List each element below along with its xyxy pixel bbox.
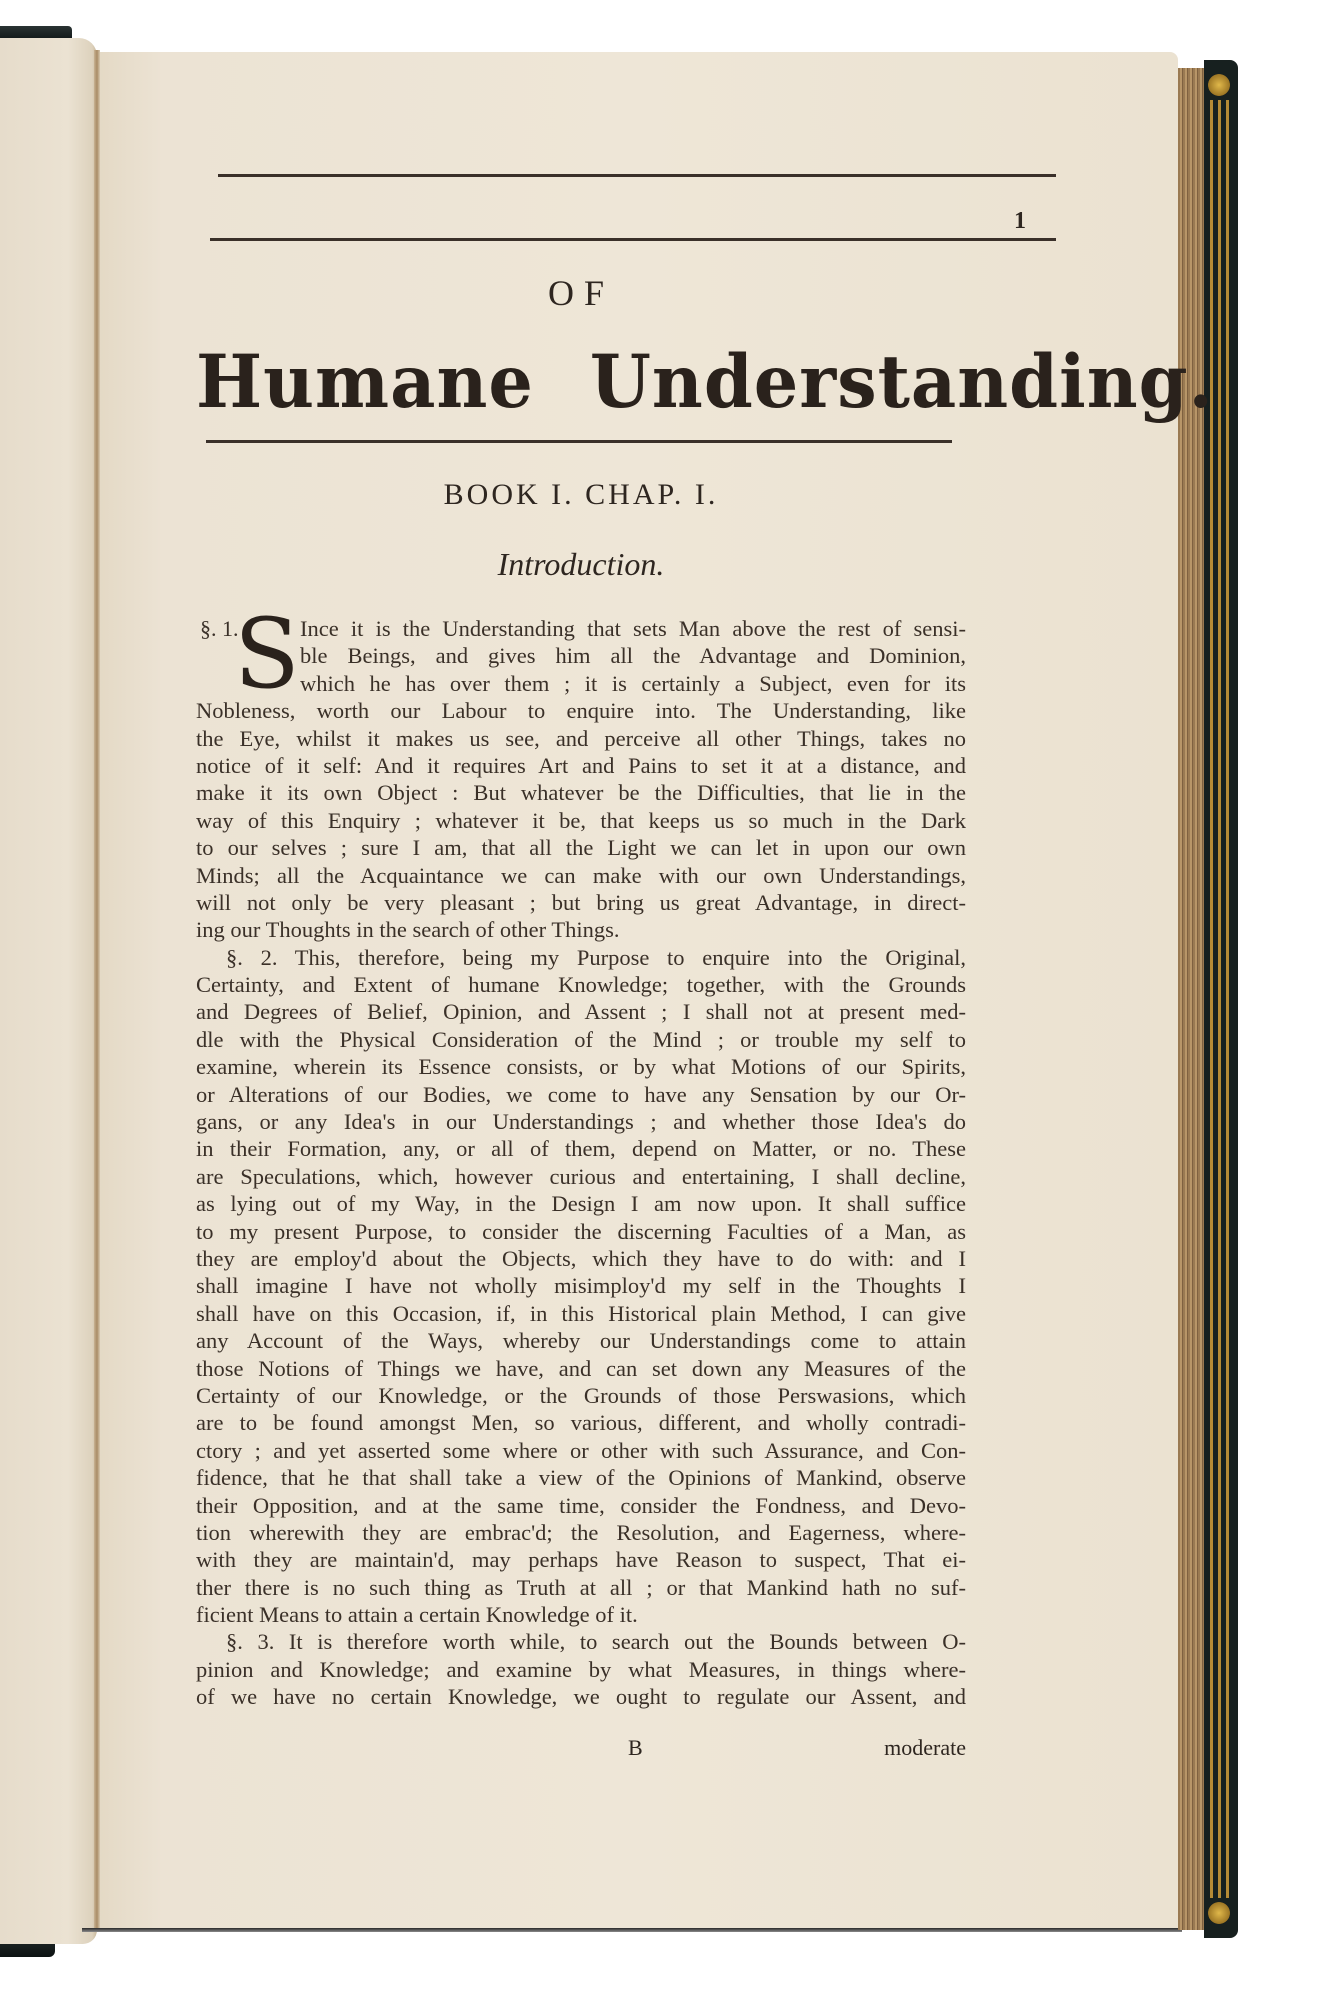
text-line: and Degrees of Belief, Opinion, and Asse…	[196, 998, 966, 1025]
book-title: HumaneUnderstanding.	[196, 338, 966, 425]
book-gutter	[94, 50, 100, 1930]
left-page	[0, 38, 97, 1944]
text-line: which he has over them ; it is certainly…	[196, 670, 966, 697]
text-line: §. 3. It is therefore worth while, to se…	[196, 1628, 966, 1655]
text-line: fidence, that he that shall take a view …	[196, 1464, 966, 1491]
text-line: ficient Means to attain a certain Knowle…	[196, 1601, 966, 1628]
gilt-corner-ornament	[1208, 74, 1230, 96]
text-line: they are employ'd about the Objects, whi…	[196, 1245, 966, 1272]
text-line: gans, or any Idea's in our Understanding…	[196, 1108, 966, 1135]
text-line: shall have on this Occasion, if, in this…	[196, 1300, 966, 1327]
text-line: are to be found amongst Men, so various,…	[196, 1409, 966, 1436]
text-line: Certainty, and Extent of humane Knowledg…	[196, 971, 966, 998]
section-2: §. 2. This, therefore, being my Purpose …	[196, 944, 966, 1629]
book-cover-bottom-edge	[0, 1943, 55, 1957]
text-line: any Account of the Ways, whereby our Und…	[196, 1327, 966, 1354]
text-line: tion wherewith they are embrac'd; the Re…	[196, 1519, 966, 1546]
text-line: ing our Thoughts in the search of other …	[196, 916, 966, 943]
title-of: OF	[196, 272, 966, 314]
page-stack-bottom	[82, 1928, 1182, 1932]
text-line: to our selves ; sure I am, that all the …	[196, 834, 966, 861]
catchword: moderate	[884, 1735, 966, 1761]
text-line: the Eye, whilst it makes us see, and per…	[196, 725, 966, 752]
text-line: as lying out of my Way, in the Design I …	[196, 1190, 966, 1217]
text-line: Ince it is the Understanding that sets M…	[196, 615, 966, 642]
page-footer: B moderate	[196, 1735, 966, 1763]
text-line: ctory ; and yet asserted some where or o…	[196, 1437, 966, 1464]
text-line: Certainty of our Knowledge, or the Groun…	[196, 1382, 966, 1409]
text-line: in their Formation, any, or all of them,…	[196, 1135, 966, 1162]
text-line: make it its own Object : But whatever be…	[196, 779, 966, 806]
text-line: §. 2. This, therefore, being my Purpose …	[196, 944, 966, 971]
section-3: §. 3. It is therefore worth while, to se…	[196, 1628, 966, 1710]
signature-mark: B	[628, 1735, 643, 1761]
text-line: notice of it self: And it requires Art a…	[196, 752, 966, 779]
book-chapter-heading: BOOK I. CHAP. I.	[196, 478, 966, 512]
text-line: examine, wherein its Essence consists, o…	[196, 1053, 966, 1080]
text-line: Nobleness, worth our Labour to enquire i…	[196, 697, 966, 724]
text-line: Minds; all the Acquaintance we can make …	[196, 862, 966, 889]
body-text: §. 1. S Ince it is the Understanding tha…	[196, 615, 966, 1711]
title-word-understanding: Understanding.	[590, 338, 1214, 425]
section-mark: §. 1.	[200, 615, 239, 642]
page-number: 1	[1014, 208, 1026, 235]
text-line: or Alterations of our Bodies, we come to…	[196, 1081, 966, 1108]
text-line: will not only be very pleasant ; but bri…	[196, 889, 966, 916]
text-line: to my present Purpose, to consider the d…	[196, 1218, 966, 1245]
text-line: ther there is no such thing as Truth at …	[196, 1574, 966, 1601]
text-line: ble Beings, and gives him all the Advant…	[196, 642, 966, 669]
text-line: are Speculations, which, however curious…	[196, 1163, 966, 1190]
text-line: with they are maintain'd, may perhaps ha…	[196, 1546, 966, 1573]
title-word-humane: Humane	[196, 338, 534, 425]
gilt-rule	[1218, 100, 1221, 1898]
gilt-corner-ornament	[1208, 1902, 1230, 1924]
text-line: pinion and Knowledge; and examine by wha…	[196, 1656, 966, 1683]
text-line: dle with the Physical Consideration of t…	[196, 1026, 966, 1053]
text-line: shall imagine I have not wholly misimplo…	[196, 1272, 966, 1299]
header-rule-bottom	[210, 238, 1056, 241]
text-line: their Opposition, and at the same time, …	[196, 1492, 966, 1519]
header-rule-top	[218, 174, 1056, 177]
gilt-rule	[1226, 100, 1229, 1898]
section-1: §. 1. S Ince it is the Understanding tha…	[196, 615, 966, 944]
text-line: way of this Enquiry ; whatever it be, th…	[196, 807, 966, 834]
text-line: of we have no certain Knowledge, we ough…	[196, 1683, 966, 1710]
drop-cap: S	[234, 609, 300, 699]
section-title: Introduction.	[196, 546, 966, 583]
text-line: those Notions of Things we have, and can…	[196, 1355, 966, 1382]
title-rule	[206, 440, 952, 443]
